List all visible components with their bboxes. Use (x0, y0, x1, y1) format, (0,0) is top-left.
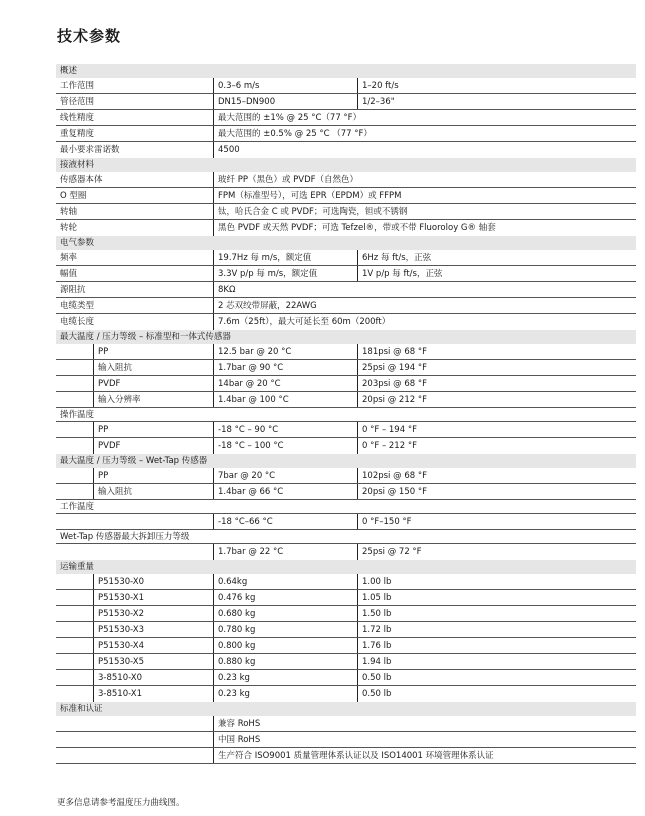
table-row: P51530-X30.780 kg1.72 lb (56, 622, 636, 638)
table-row: 转轮黑色 PVDF 或天然 PVDF；可选 Tefzel®，带或不带 Fluor… (56, 220, 636, 236)
table-row: 电缆类型2 芯双绞带屏蔽，22AWG (56, 298, 636, 314)
section-header-shipping-weight: 运输重量 (56, 560, 636, 574)
section-header-operating-temp: 操作温度 (56, 408, 636, 422)
table-row: PP7bar @ 20 °C102psi @ 68 °F (56, 468, 636, 484)
table-row: 3-8510-X10.23 kg0.50 lb (56, 686, 636, 702)
table-row: 传感器本体玻纤 PP（黑色）或 PVDF（自然色） (56, 172, 636, 188)
table-row: 兼容 RoHS (56, 716, 636, 732)
table-row: P51530-X50.880 kg1.94 lb (56, 654, 636, 670)
table-row: P51530-X40.800 kg1.76 lb (56, 638, 636, 654)
table-row: PP-18 °C – 90 °C0 °F – 194 °F (56, 422, 636, 438)
footnote: 更多信息请参考温度压力曲线图。 (57, 796, 185, 808)
section-header-standards: 标准和认证 (56, 702, 636, 716)
table-row: 重复精度最大范围的 ±0.5% @ 25 °C （77 °F） (56, 126, 636, 142)
section-header-wettap-removal: Wet-Tap 传感器最大拆卸压力等级 (56, 530, 636, 544)
table-row: 工作范围0.3–6 m/s1–20 ft/s (56, 78, 636, 94)
table-row: PVDF14bar @ 20 °C203psi @ 68 °F (56, 376, 636, 392)
page-title: 技术参数 (57, 25, 121, 46)
table-row: PP12.5 bar @ 20 °C181psi @ 68 °F (56, 344, 636, 360)
section-header-pressure-standard: 最大温度 / 压力等级 – 标准型和一体式传感器 (56, 330, 636, 344)
table-row: O 型圈FPM（标准型号），可选 EPR（EPDM）或 FFPM (56, 188, 636, 204)
section-header-overview: 概述 (56, 64, 636, 78)
table-row: P51530-X20.680 kg1.50 lb (56, 606, 636, 622)
table-row: 线性精度最大范围的 ±1% @ 25 °C（77 °F） (56, 110, 636, 126)
table-row: 电缆长度7.6m（25ft），最大可延长至 60m（200ft） (56, 314, 636, 330)
spec-table: 概述 工作范围0.3–6 m/s1–20 ft/s 管径范围DN15–DN900… (56, 64, 636, 764)
table-row: 频率19.7Hz 每 m/s，额定值6Hz 每 ft/s，正弦 (56, 250, 636, 266)
section-header-work-temp: 工作温度 (56, 500, 636, 514)
table-row: 源阻抗8KΩ (56, 282, 636, 298)
table-row: 生产符合 ISO9001 质量管理体系认证以及 ISO14001 环境管理体系认… (56, 748, 636, 764)
table-row: P51530-X10.476 kg1.05 lb (56, 590, 636, 606)
table-row: 管径范围DN15–DN9001/2–36" (56, 94, 636, 110)
table-row: 3-8510-X00.23 kg0.50 lb (56, 670, 636, 686)
table-row: PVDF-18 °C – 100 °C0 °F – 212 °F (56, 438, 636, 454)
table-row: 输入分辨率1.4bar @ 100 °C20psi @ 212 °F (56, 392, 636, 408)
table-row: 最小要求雷诺数4500 (56, 142, 636, 158)
table-row: P51530-X00.64kg1.00 lb (56, 574, 636, 590)
table-row: 输入阻抗1.4bar @ 66 °C20psi @ 150 °F (56, 484, 636, 500)
section-header-electrical: 电气参数 (56, 236, 636, 250)
table-row: 1.7bar @ 22 °C25psi @ 72 °F (56, 544, 636, 560)
section-header-wetted: 接液材料 (56, 158, 636, 172)
table-row: 转轴钛，哈氏合金 C 或 PVDF；可选陶瓷，钽或不锈钢 (56, 204, 636, 220)
table-row: -18 °C–66 °C0 °F–150 °F (56, 514, 636, 530)
table-row: 中国 RoHS (56, 732, 636, 748)
table-row: 幅值3.3V p/p 每 m/s，额定值1V p/p 每 ft/s，正弦 (56, 266, 636, 282)
section-header-pressure-wettap: 最大温度 / 压力等级 – Wet-Tap 传感器 (56, 454, 636, 468)
table-row: 输入阻抗1.7bar @ 90 °C25psi @ 194 °F (56, 360, 636, 376)
